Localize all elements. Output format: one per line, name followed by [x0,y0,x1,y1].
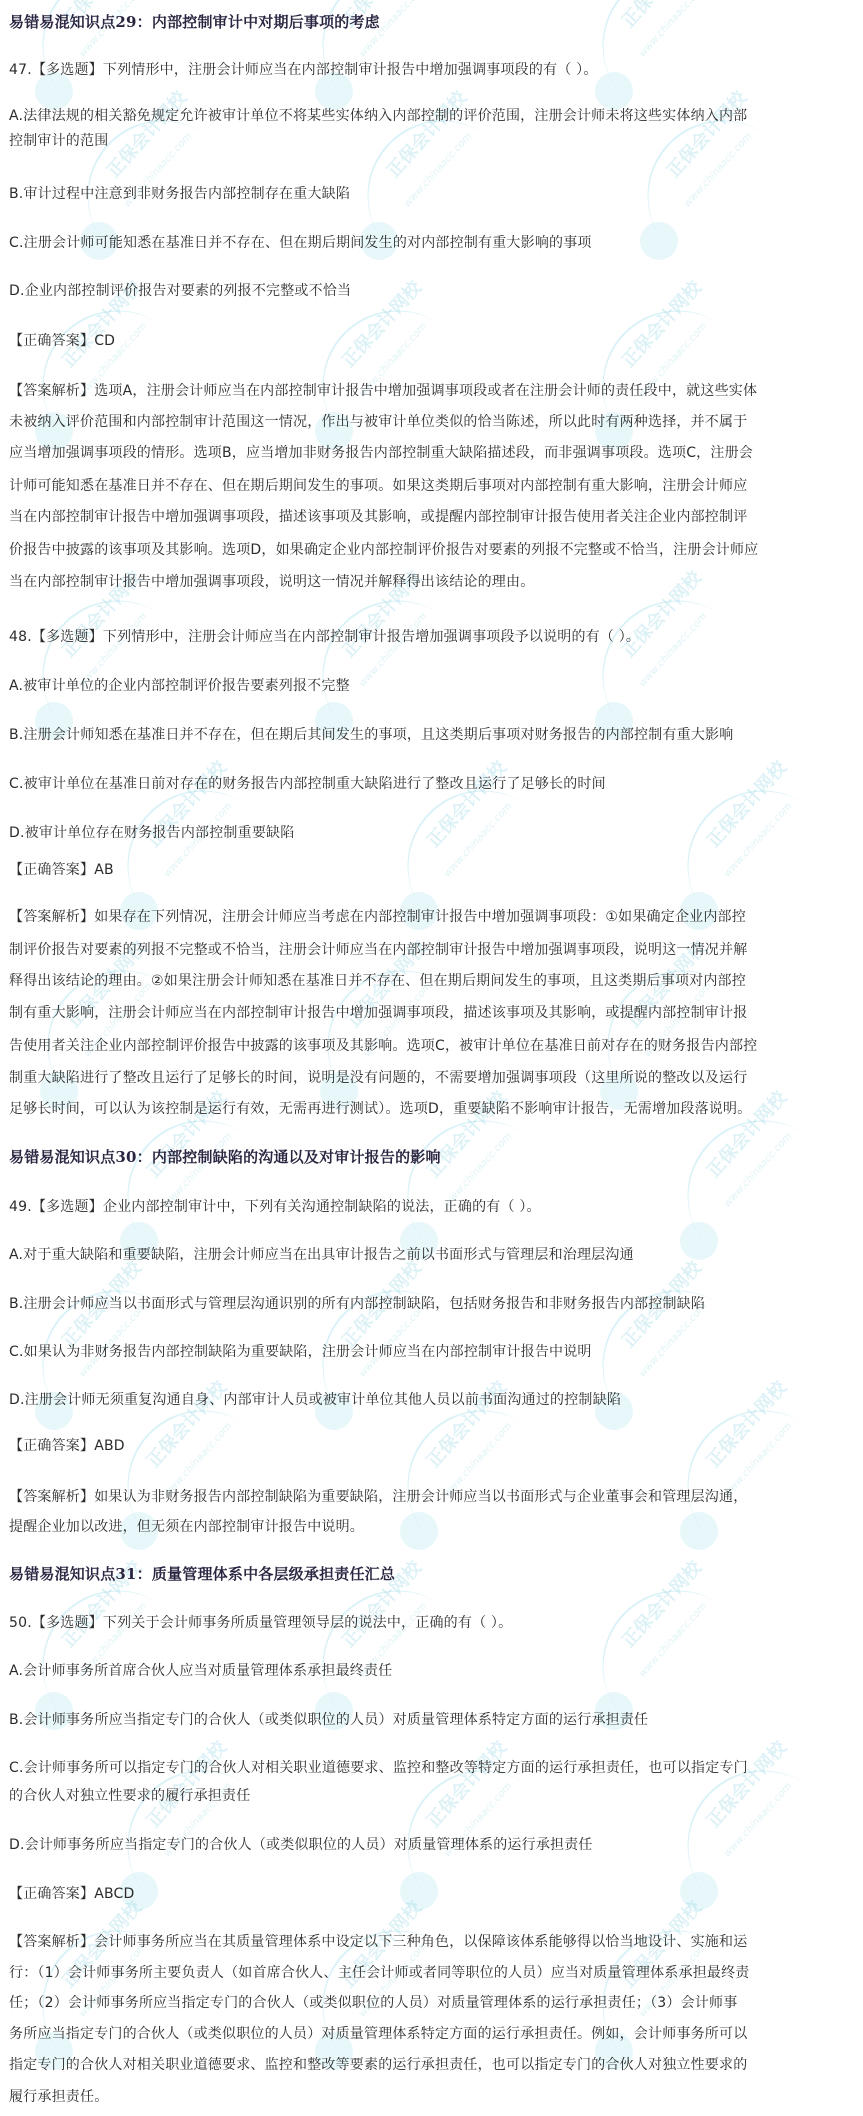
watermark-logo-icon: 正保会计网校www.chinaacc.com [640,110,790,260]
option-a: A.对于重大缺陷和重要缺陷，注册会计师应当在出具审计报告之前以书面形式与管理层和… [9,1246,634,1264]
explanation-text: 会计师事务所应当在其质量管理体系中设定以下三种角色，以保障该体系能够得以恰当地设… [94,1934,747,1950]
question-text: 下列情形中，注册会计师应当在内部控制审计报告中增加强调事项段的有（ ）。 [103,62,598,78]
correct-answer-value: ABCD [94,1886,134,1902]
explanation-line: 制有重大影响，注册会计师应当在内部控制审计报告中增加强调事项段，描述该事项及其影… [9,1004,747,1022]
option-d: D.被审计单位存在财务报告内部控制重要缺陷 [9,824,294,842]
option-a: A.法律法规的相关豁免规定允许被审计单位不将某些实体纳入内部控制的评价范围，注册… [9,107,747,125]
option-c: C.被审计单位在基准日前对存在的财务报告内部控制重大缺陷进行了整改且运行了足够长… [9,775,606,793]
explanation-text: 如果存在下列情况，注册会计师应当考虑在内部控制审计报告中增加强调事项段：①如果确… [94,909,746,925]
option-a: A.会计师事务所首席合伙人应当对质量管理体系承担最终责任 [9,1662,392,1680]
explanation-text: 选项A，注册会计师应当在内部控制审计报告中增加强调事项段或者在注册会计师的责任段… [94,383,757,399]
option-a: A.被审计单位的企业内部控制评价报告要素列报不完整 [9,677,350,695]
option-c: C.注册会计师可能知悉在基准日并不存在、但在期后期间发生的对内部控制有重大影响的… [9,234,592,252]
watermark-logo-icon: 正保会计网校www.chinaacc.com [680,1110,830,1260]
option-c: C.会计师事务所可以指定专门的合伙人对相关职业道德要求、监控和整改等特定方面的运… [9,1759,748,1777]
correct-answer: 【正确答案】ABCD [9,1885,135,1903]
watermark-logo-icon: 正保会计网校www.chinaacc.com [400,1110,550,1260]
correct-answer: 【正确答案】CD [9,332,115,350]
explanation-line: 当在内部控制审计报告中增加强调事项段，说明这一情况并解释得出该结论的理由。 [9,573,534,591]
question-number: 49. [9,1199,32,1215]
question-type-tag: 【多选题】 [32,62,103,78]
correct-answer-label: 【正确答案】 [9,1438,94,1454]
correct-answer-value: AB [94,862,114,878]
explanation-line: 当在内部控制审计报告中增加强调事项段，描述该事项及其影响，或提醒内部控制审计报告… [9,508,747,526]
explanation-line: 履行承担责任。 [9,2088,108,2106]
section-heading: 易错易混知识点31：质量管理体系中各层级承担责任汇总 [9,1565,395,1583]
question-number: 50. [9,1615,32,1631]
option-c-continued: 的合伙人对独立性要求的履行承担责任 [9,1787,250,1805]
explanation-line: 【答案解析】会计师事务所应当在其质量管理体系中设定以下三种角色，以保障该体系能够… [9,1933,747,1951]
question-text: 下列情形中，注册会计师应当在内部控制审计报告增加强调事项段予以说明的有（ ）。 [103,629,640,645]
question-text: 企业内部控制审计中，下列有关沟通控制缺陷的说法，正确的有（ ）。 [103,1199,541,1215]
watermark-logo-icon: 正保会计网校www.chinaacc.com [595,0,745,110]
section-heading: 易错易混知识点30：内部控制缺陷的沟通以及对审计报告的影响 [9,1148,441,1166]
explanation-line: 制重大缺陷进行了整改且运行了足够长的时间，说明是没有问题的，不需要增加强调事项段… [9,1069,747,1087]
question-stem: 47.【多选题】下列情形中，注册会计师应当在内部控制审计报告中增加强调事项段的有… [9,61,598,79]
watermark-logo-icon: 正保会计网校www.chinaacc.com [680,1760,830,1910]
watermark-logo-icon: 正保会计网校www.chinaacc.com [120,1760,270,1910]
explanation-label: 【答案解析】 [9,383,94,399]
option-d: D.会计师事务所应当指定专门的合伙人（或类似职位的人员）对质量管理体系的运行承担… [9,1836,593,1854]
explanation-text: 如果认为非财务报告内部控制缺陷为重要缺陷，注册会计师应当以书面形式与企业董事会和… [94,1489,747,1505]
option-b: B.注册会计师知悉在基准日并不存在，但在期后其间发生的事项，且这类期后事项对财务… [9,726,733,744]
explanation-label: 【答案解析】 [9,1489,94,1505]
question-stem: 49.【多选题】企业内部控制审计中，下列有关沟通控制缺陷的说法，正确的有（ ）。 [9,1198,541,1216]
correct-answer-value: CD [94,333,115,349]
explanation-line: 指定专门的合伙人对相关职业道德要求、监控和整改等要素的运行承担责任，也可以指定专… [9,2056,747,2074]
watermark-logo-icon: 正保会计网校www.chinaacc.com [35,1580,185,1730]
question-type-tag: 【多选题】 [32,629,103,645]
explanation-line: 【答案解析】如果存在下列情况，注册会计师应当考虑在内部控制审计报告中增加强调事项… [9,908,746,926]
explanation-line: 【答案解析】如果认为非财务报告内部控制缺陷为重要缺陷，注册会计师应当以书面形式与… [9,1488,747,1506]
watermark-logo-icon: 正保会计网校www.chinaacc.com [315,590,465,740]
question-type-tag: 【多选题】 [32,1199,103,1215]
explanation-line: 告使用者关注企业内部控制评价报告中披露的该事项及其影响。选项C，被审计单位在基准… [9,1037,757,1055]
explanation-line: 行：（1）会计师事务所主要负责人（如首席合伙人、主任会计师或者同等职位的人员）应… [9,1964,750,1982]
explanation-line: 应当增加强调事项段的情形。选项B，应当增加非财务报告内部控制重大缺陷描述段，而非… [9,444,753,462]
explanation-label: 【答案解析】 [9,1934,94,1950]
correct-answer: 【正确答案】ABD [9,1437,125,1455]
option-b: B.审计过程中注意到非财务报告内部控制存在重大缺陷 [9,185,350,203]
explanation-line: 价报告中披露的该事项及其影响。选项D，如果确定企业内部控制评价报告对要素的列报不… [9,541,758,559]
watermark-logo-icon: 正保会计网校www.chinaacc.com [595,1580,745,1730]
question-text: 下列关于会计师事务所质量管理领导层的说法中，正确的有（ ）。 [103,1615,512,1631]
option-b: B.会计师事务所应当指定专门的合伙人（或类似职位的人员）对质量管理体系特定方面的… [9,1711,648,1729]
question-stem: 48.【多选题】下列情形中，注册会计师应当在内部控制审计报告增加强调事项段予以说… [9,628,640,646]
watermark-logo-icon: 正保会计网校www.chinaacc.com [595,590,745,740]
correct-answer-label: 【正确答案】 [9,862,94,878]
watermark-logo-icon: 正保会计网校www.chinaacc.com [400,1400,550,1550]
explanation-line: 释得出该结论的理由。②如果注册会计师知悉在基准日并不存在、但在期后期间发生的事项… [9,972,746,990]
explanation-label: 【答案解析】 [9,909,94,925]
watermark-logo-icon: 正保会计网校www.chinaacc.com [35,590,185,740]
correct-answer: 【正确答案】AB [9,861,114,879]
option-a-continued: 控制审计的范围 [9,132,108,150]
explanation-line: 计师可能知悉在基准日并不存在、但在期后期间发生的事项。如果这类期后事项对内部控制… [9,477,747,495]
explanation-line: 【答案解析】选项A，注册会计师应当在内部控制审计报告中增加强调事项段或者在注册会… [9,382,757,400]
watermark-logo-icon: 正保会计网校www.chinaacc.com [120,1110,270,1260]
option-c: C.如果认为非财务报告内部控制缺陷为重要缺陷，注册会计师应当在内部控制审计报告中… [9,1343,592,1361]
option-b: B.注册会计师应当以书面形式与管理层沟通识别的所有内部控制缺陷，包括财务报告和非… [9,1295,705,1313]
watermark-logo-icon: 正保会计网校www.chinaacc.com [315,1580,465,1730]
explanation-line: 任；（2）会计师事务所应当指定专门的合伙人（或类似职位的人员）对质量管理体系的运… [9,1994,737,2012]
question-type-tag: 【多选题】 [32,1615,103,1631]
watermark-logo-icon: 正保会计网校www.chinaacc.com [400,1760,550,1910]
explanation-line: 制评价报告对要素的列报不完整或不恰当，注册会计师应当在内部控制审计报告中增加强调… [9,941,747,959]
section-heading: 易错易混知识点29：内部控制审计中对期后事项的考虑 [9,13,380,31]
question-number: 47. [9,62,32,78]
correct-answer-value: ABD [94,1438,125,1454]
correct-answer-label: 【正确答案】 [9,333,94,349]
explanation-line: 务所应当指定专门的合伙人（或类似职位的人员）对质量管理体系特定方面的运行承担责任… [9,2025,747,2043]
explanation-line: 未被纳入评价范围和内部控制审计范围这一情况，作出与被审计单位类似的恰当陈述，所以… [9,413,747,431]
option-d: D.企业内部控制评价报告对要素的列报不完整或不恰当 [9,282,351,300]
question-number: 48. [9,629,32,645]
correct-answer-label: 【正确答案】 [9,1886,94,1902]
option-d: D.注册会计师无须重复沟通自身、内部审计人员或被审计单位其他人员以前书面沟通过的… [9,1391,621,1409]
explanation-line: 提醒企业加以改进，但无须在内部控制审计报告中说明。 [9,1518,364,1536]
explanation-line: 足够长时间，可以认为该控制是运行有效，无需再进行测试）。选项D，重要缺陷不影响审… [9,1100,751,1118]
watermark-logo-icon: 正保会计网校www.chinaacc.com [680,1400,830,1550]
question-stem: 50.【多选题】下列关于会计师事务所质量管理领导层的说法中，正确的有（ ）。 [9,1614,512,1632]
